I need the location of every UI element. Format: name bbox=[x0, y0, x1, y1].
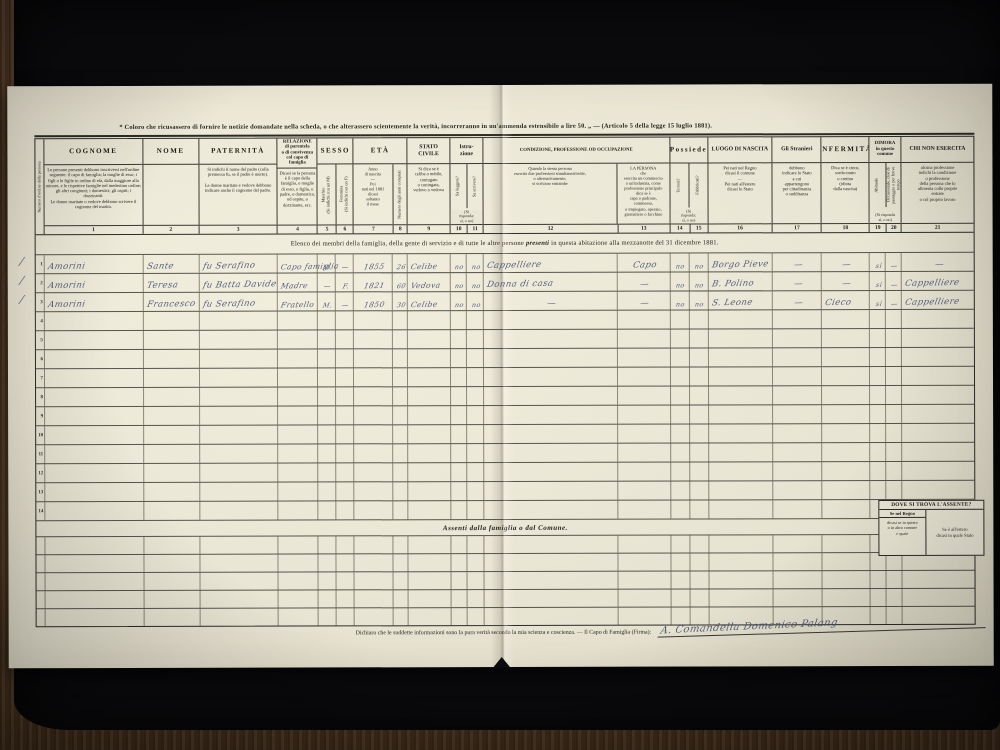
cell-dimora-abituale: sì bbox=[869, 291, 885, 309]
cell-nome bbox=[143, 350, 199, 368]
handwritten-entry: sì bbox=[874, 281, 882, 290]
cell-condizione bbox=[484, 572, 618, 589]
cell-infermita bbox=[821, 424, 869, 442]
header-title-eta: ETÀ bbox=[354, 138, 407, 164]
handwritten-entry: 1855 bbox=[363, 262, 386, 272]
cell-condizione bbox=[483, 330, 617, 348]
cell-nome bbox=[143, 591, 199, 608]
cell-infermita bbox=[821, 310, 869, 328]
handwritten-entry: — bbox=[341, 302, 350, 311]
cell-sesso-f: — bbox=[335, 292, 353, 310]
cell-stato-civile bbox=[407, 368, 450, 386]
cell-infermita bbox=[822, 535, 870, 552]
cell-condizione bbox=[484, 554, 618, 571]
cell-anni-compiuti bbox=[392, 311, 407, 329]
cell-paternita: fu Batta Davide bbox=[198, 274, 277, 292]
cell-nome bbox=[143, 369, 199, 387]
handwritten-entry: fu Serafino bbox=[199, 299, 255, 311]
cell-infermita: — bbox=[821, 253, 869, 271]
handwritten-entry: — bbox=[890, 300, 899, 309]
cell-stato-civile bbox=[408, 590, 451, 607]
cell-chi-non-esercita bbox=[901, 310, 974, 328]
cell-persona-esercizio bbox=[617, 590, 670, 607]
cell-persona-esercizio bbox=[617, 406, 670, 424]
handwritten-entry: no bbox=[694, 263, 705, 272]
cell-stato-estero bbox=[772, 310, 821, 328]
row-index-label: Numero d'ordine della persona bbox=[37, 161, 42, 213]
cell-anno-nascita bbox=[353, 368, 392, 386]
cell-stato-estero bbox=[773, 553, 822, 570]
header-col-rownum: Numero d'ordine della persona bbox=[35, 139, 43, 234]
cell-sesso-f bbox=[335, 349, 353, 367]
cell-anno-nascita bbox=[353, 406, 392, 424]
cell-infermita: Cieco bbox=[821, 291, 869, 309]
cell-sa-scrivere bbox=[466, 501, 483, 519]
row-number-cell bbox=[36, 555, 44, 572]
cell-stato-civile bbox=[407, 406, 450, 424]
cell-stato-estero bbox=[772, 386, 821, 404]
cell-luogo-nascita bbox=[707, 310, 772, 328]
cell-stato-estero bbox=[772, 348, 821, 366]
header-desc-infermita: Dica se è cieco, sordo-muto o cretino (i… bbox=[822, 163, 869, 223]
cell-stato-estero bbox=[773, 443, 822, 461]
cell-condizione bbox=[484, 590, 618, 607]
cell-luogo-nascita bbox=[708, 386, 773, 404]
photographed-census-sheet: * Coloro che ricusassero di fornire le n… bbox=[0, 0, 1000, 750]
census-table: Numero d'ordine della personaCOGNOMELe p… bbox=[34, 136, 975, 627]
header-nums-possiede: 1415 bbox=[670, 223, 707, 232]
cell-terreni bbox=[670, 444, 689, 462]
header-desc-paternita: Si indichi il nome del padre (colla prem… bbox=[199, 165, 277, 225]
row-number-cell: 5 bbox=[36, 331, 44, 349]
cell-sesso-m bbox=[318, 590, 336, 607]
cell-anno-nascita bbox=[354, 572, 393, 589]
cell-infermita bbox=[822, 462, 870, 480]
handwritten-entry: no bbox=[675, 282, 686, 291]
cell-luogo-nascita bbox=[708, 462, 773, 480]
cell-luogo-nascita: Borgo Pieve bbox=[707, 253, 772, 271]
cell-luogo-nascita bbox=[708, 571, 773, 588]
cell-sesso-m bbox=[318, 463, 336, 481]
cell-paternita bbox=[199, 483, 278, 501]
cell-chi-non-esercita bbox=[901, 329, 974, 347]
present-persons-rows: 1AmoriniSantefu SerafinoCapo famigliaM.—… bbox=[36, 252, 975, 520]
cell-anno-nascita: 1850 bbox=[353, 292, 392, 310]
handwritten-entry: Amorini bbox=[45, 281, 86, 292]
cell-sa-scrivere bbox=[466, 368, 483, 386]
header-nums-cognome: 1 bbox=[45, 225, 143, 234]
cell-sesso-m bbox=[318, 444, 336, 462]
cell-sa-leggere bbox=[450, 349, 466, 367]
cell-dimora-occasionale bbox=[885, 367, 901, 385]
cell-relazione bbox=[278, 554, 318, 571]
cell-terreni bbox=[670, 463, 689, 481]
cell-luogo-nascita: S. Leone bbox=[707, 291, 772, 309]
cell-infermita bbox=[822, 589, 870, 606]
row-number-cell: 2 bbox=[36, 274, 44, 292]
cell-nome bbox=[143, 407, 199, 425]
cell-anno-nascita bbox=[354, 482, 393, 500]
cell-paternita bbox=[199, 388, 278, 406]
cell-sa-leggere bbox=[450, 330, 466, 348]
handwritten-entry: — bbox=[639, 280, 650, 291]
cell-fabbricati bbox=[689, 607, 708, 624]
cell-anni-compiuti bbox=[392, 330, 407, 348]
header-nums-eta: 78 bbox=[354, 224, 407, 233]
header-nums-condizione: 1213 bbox=[484, 224, 670, 233]
cell-stato-estero bbox=[773, 589, 822, 606]
cell-nome bbox=[143, 537, 199, 554]
cell-persona-esercizio bbox=[617, 501, 670, 519]
header-title-stato: STATO CIVILE bbox=[408, 138, 450, 164]
header-nums-relazione: 4 bbox=[278, 224, 317, 233]
cell-sesso-f bbox=[335, 406, 353, 424]
cell-chi-non-esercita bbox=[902, 589, 975, 606]
absent-box-abroad-cell: Se è all'estero dicasi in quale Stato bbox=[926, 510, 983, 555]
cell-relazione bbox=[277, 311, 317, 329]
cell-chi-non-esercita bbox=[901, 481, 974, 499]
cell-paternita bbox=[199, 369, 278, 387]
cell-dimora-abituale: sì bbox=[869, 272, 885, 290]
header-col-stranieri: Gli Stranieridebbono indicare lo Stato a… bbox=[772, 137, 821, 232]
cell-sa-leggere bbox=[451, 608, 467, 625]
cell-sa-leggere bbox=[450, 406, 466, 424]
cell-anno-nascita bbox=[354, 554, 393, 571]
handwritten-entry: no bbox=[470, 282, 481, 291]
handwritten-entry: Cieco bbox=[822, 298, 852, 309]
cell-condizione bbox=[484, 608, 618, 625]
handwritten-entry: 26 bbox=[395, 264, 406, 273]
cell-infermita bbox=[821, 386, 869, 404]
cell-stato-estero: — bbox=[772, 253, 821, 271]
cell-terreni bbox=[670, 406, 689, 424]
cell-condizione bbox=[483, 444, 617, 462]
cell-persona-esercizio bbox=[617, 349, 670, 367]
absent-box-kingdom-cell: Se nel Regno dicasi se in questo o in al… bbox=[879, 510, 926, 555]
cell-sesso-f bbox=[335, 387, 353, 405]
cell-luogo-nascita bbox=[707, 329, 772, 347]
handwritten-entry: no bbox=[470, 301, 481, 310]
header-nums-paternita: 3 bbox=[199, 225, 277, 234]
cell-sesso-m bbox=[317, 368, 335, 386]
handwritten-entry: Donna di casa bbox=[484, 279, 554, 291]
cell-stato-civile bbox=[408, 608, 451, 625]
table-row: 8 bbox=[36, 385, 974, 406]
subtitle-post: in questa abitazione alla mezzanotte del… bbox=[551, 239, 718, 246]
cell-stato-civile: Celibe bbox=[407, 254, 450, 272]
cell-condizione bbox=[483, 482, 617, 500]
cell-sesso-f bbox=[335, 311, 353, 329]
where-is-absent-box: DOVE SI TROVA L'ASSENTE? Se nel Regno di… bbox=[878, 500, 984, 556]
handwritten-entry: M. bbox=[322, 264, 333, 273]
cell-persona-esercizio bbox=[617, 608, 670, 625]
cell-sesso-f bbox=[335, 330, 353, 348]
handwritten-entry: no bbox=[454, 301, 465, 310]
cell-dimora-occasionale bbox=[886, 589, 902, 606]
cell-sesso-m bbox=[318, 536, 336, 553]
header-desc-condizione: Quando la stessa persona esercita due pr… bbox=[483, 164, 669, 224]
cell-nome bbox=[143, 312, 199, 330]
cell-dimora-abituale: sì bbox=[869, 253, 885, 271]
cell-stato-civile bbox=[408, 572, 451, 589]
cell-chi-non-esercita: Cappelliere bbox=[901, 291, 974, 309]
cell-anni-compiuti bbox=[393, 501, 408, 519]
handwritten-entry: — bbox=[890, 281, 899, 290]
cell-persona-esercizio bbox=[617, 330, 670, 348]
cell-cognome bbox=[44, 555, 143, 572]
header-desc-chinon: alcuna professione indichi la condizione… bbox=[902, 163, 974, 223]
cell-dimora-occasionale bbox=[886, 571, 902, 588]
cell-persona-esercizio bbox=[617, 554, 670, 571]
cell-stato-civile bbox=[407, 425, 450, 443]
cell-sa-leggere bbox=[450, 444, 466, 462]
cell-cognome: Amorini bbox=[44, 255, 143, 273]
cell-nome bbox=[143, 331, 199, 349]
cell-dimora-occasionale bbox=[885, 310, 901, 328]
row-number-cell: 13 bbox=[36, 483, 44, 501]
subtitle-presenti: presenti bbox=[526, 240, 549, 247]
cell-sa-scrivere bbox=[466, 463, 483, 481]
cell-stato-estero bbox=[772, 367, 821, 385]
cell-anno-nascita bbox=[354, 463, 393, 481]
cell-anni-compiuti bbox=[392, 444, 407, 462]
header-desc-eta: Anno di nascita — Pei nati nel 1881 dica… bbox=[354, 164, 407, 224]
cell-condizione bbox=[483, 536, 617, 553]
handwritten-entry: Celibe bbox=[408, 262, 439, 272]
cell-sesso-m bbox=[317, 311, 335, 329]
legal-note: * Coloro che ricusassero di fornire le n… bbox=[119, 122, 879, 131]
cell-paternita bbox=[199, 537, 278, 554]
cell-stato-civile bbox=[408, 501, 451, 519]
cell-sesso-f bbox=[336, 554, 354, 571]
cell-sesso-m bbox=[317, 387, 335, 405]
cell-sa-leggere bbox=[450, 387, 466, 405]
cell-sesso-f bbox=[336, 608, 354, 625]
cell-persona-esercizio bbox=[617, 425, 670, 443]
cell-chi-non-esercita: — bbox=[901, 253, 974, 271]
header-title-possiede: Possiede bbox=[670, 137, 707, 163]
declaration-line: Dichiaro che le suddette informazioni so… bbox=[356, 625, 986, 639]
cell-anno-nascita: 1821 bbox=[353, 273, 392, 291]
cell-stato-civile bbox=[407, 387, 450, 405]
cell-cognome bbox=[44, 483, 143, 501]
cell-condizione: — bbox=[483, 292, 617, 310]
cell-relazione bbox=[278, 501, 318, 519]
header-title-condizione: CONDIZIONE, PROFESSIONE OD OCCUPAZIONE bbox=[483, 138, 669, 164]
cell-fabbricati: no bbox=[688, 253, 707, 271]
cell-infermita bbox=[821, 405, 869, 423]
cell-dimora-abituale bbox=[869, 329, 885, 347]
cell-nome bbox=[143, 573, 199, 590]
cell-stato-civile bbox=[407, 330, 450, 348]
cell-persona-esercizio bbox=[617, 368, 670, 386]
cell-sa-scrivere bbox=[467, 590, 484, 607]
cell-paternita bbox=[199, 426, 278, 444]
cell-sa-scrivere bbox=[466, 311, 483, 329]
cell-cognome bbox=[44, 369, 143, 387]
cell-fabbricati bbox=[689, 535, 708, 552]
cell-stato-estero bbox=[773, 424, 822, 442]
cell-sa-scrivere bbox=[466, 482, 483, 500]
handwritten-entry: — bbox=[546, 299, 557, 310]
handwritten-entry: — bbox=[341, 264, 350, 273]
cell-anno-nascita bbox=[354, 444, 393, 462]
cell-relazione bbox=[278, 406, 318, 424]
header-desc-relazione: Dicasi se la persona è il capo della fam… bbox=[278, 168, 317, 224]
cell-sa-scrivere: no bbox=[466, 254, 483, 272]
cell-luogo-nascita bbox=[708, 367, 773, 385]
handwritten-entry: sì bbox=[874, 300, 882, 309]
cell-persona-esercizio bbox=[617, 387, 670, 405]
cell-sesso-f bbox=[336, 536, 354, 553]
cell-luogo-nascita bbox=[708, 500, 773, 518]
handwritten-entry: Amorini bbox=[45, 262, 86, 273]
cell-nome bbox=[143, 483, 199, 501]
cell-persona-esercizio bbox=[617, 444, 670, 462]
row-number-cell: 8 bbox=[36, 388, 44, 406]
cell-stato-civile bbox=[407, 482, 450, 500]
cell-sa-leggere bbox=[450, 311, 466, 329]
handwritten-entry: Amorini bbox=[45, 300, 86, 311]
handwritten-entry: — bbox=[793, 280, 804, 291]
cell-anni-compiuti: 30 bbox=[392, 292, 407, 310]
cell-anni-compiuti: 26 bbox=[392, 254, 407, 272]
table-row: 1AmoriniSantefu SerafinoCapo famigliaM.—… bbox=[36, 252, 974, 273]
cell-sesso-f bbox=[335, 368, 353, 386]
cell-condizione bbox=[483, 501, 617, 519]
header-title-dimora: DIMORA in questo comune bbox=[870, 137, 901, 163]
cell-stato-civile bbox=[407, 463, 450, 481]
cell-relazione bbox=[277, 387, 317, 405]
subtitle-pre: Elenco dei membri della famiglia, della … bbox=[291, 240, 524, 248]
cell-sa-scrivere bbox=[466, 444, 483, 462]
cell-sa-leggere bbox=[450, 482, 466, 500]
cell-relazione bbox=[277, 349, 317, 367]
cell-sesso-f bbox=[335, 425, 353, 443]
handwritten-entry: no bbox=[675, 301, 686, 310]
cell-dimora-occasionale bbox=[885, 481, 901, 499]
cell-nome bbox=[143, 464, 199, 482]
cell-anni-compiuti: 60 bbox=[392, 273, 407, 291]
cell-fabbricati bbox=[689, 553, 708, 570]
cell-relazione bbox=[278, 425, 318, 443]
cell-anni-compiuti bbox=[392, 406, 407, 424]
row-number-cell: 7 bbox=[36, 369, 44, 387]
cell-cognome bbox=[44, 426, 143, 444]
cell-stato-civile bbox=[407, 349, 450, 367]
cell-condizione: Cappelliere bbox=[483, 254, 617, 272]
cell-terreni bbox=[670, 330, 689, 348]
table-row: 3AmoriniFrancescofu SerafinoFratelloM.—1… bbox=[36, 290, 974, 311]
row-number-cell: 14 bbox=[36, 502, 44, 520]
handwritten-entry: no bbox=[454, 263, 465, 272]
cell-anni-compiuti bbox=[393, 572, 408, 589]
cell-fabbricati bbox=[689, 443, 708, 461]
cell-fabbricati bbox=[689, 424, 708, 442]
cell-dimora-occasionale: — bbox=[885, 272, 901, 290]
handwritten-entry: sì bbox=[874, 262, 882, 271]
cell-chi-non-esercita bbox=[901, 386, 974, 404]
cell-sa-leggere bbox=[450, 425, 466, 443]
cell-sa-leggere bbox=[450, 368, 466, 386]
cell-persona-esercizio: — bbox=[616, 273, 669, 291]
cell-luogo-nascita bbox=[708, 535, 773, 552]
cell-persona-esercizio bbox=[617, 572, 670, 589]
header-nums-infermita: 18 bbox=[822, 223, 869, 232]
absent-persons-rows bbox=[36, 534, 974, 626]
cell-luogo-nascita bbox=[708, 443, 773, 461]
cell-fabbricati bbox=[689, 348, 708, 366]
cell-luogo-nascita bbox=[707, 348, 772, 366]
handwritten-entry: Capo bbox=[632, 261, 658, 272]
cell-stato-estero bbox=[773, 481, 822, 499]
handwritten-entry: no bbox=[694, 282, 705, 291]
cell-nome: Sante bbox=[142, 255, 198, 273]
cell-persona-esercizio bbox=[617, 311, 670, 329]
table-row: 5 bbox=[36, 328, 974, 349]
cell-relazione bbox=[278, 444, 318, 462]
handwritten-entry: — bbox=[639, 299, 650, 310]
cell-nome: Francesco bbox=[143, 293, 199, 311]
cell-stato-estero bbox=[773, 535, 822, 552]
cell-sa-scrivere bbox=[467, 608, 484, 625]
cell-dimora-abituale bbox=[869, 462, 885, 480]
handwritten-entry: — bbox=[841, 260, 852, 271]
row-number-cell bbox=[36, 537, 44, 554]
header-col-dimora: DIMORA in questo comuneAbitualeOccasiona… bbox=[869, 137, 901, 232]
cell-dimora-abituale bbox=[869, 348, 885, 366]
cell-terreni bbox=[669, 311, 688, 329]
cell-stato-estero bbox=[773, 500, 822, 518]
table-row: 6 bbox=[36, 347, 974, 368]
cell-terreni: no bbox=[669, 292, 688, 310]
cell-stato-civile: Celibe bbox=[407, 292, 450, 310]
header-nums-chinon: 21 bbox=[902, 223, 974, 232]
header-nums-stato: 9 bbox=[408, 224, 450, 233]
cell-anno-nascita bbox=[354, 608, 393, 625]
cell-sa-scrivere bbox=[467, 554, 484, 571]
header-nums-sesso: 56 bbox=[318, 224, 353, 233]
cell-sa-scrivere bbox=[466, 349, 483, 367]
bottom-fold-notch bbox=[493, 657, 511, 668]
table-row: 11 bbox=[36, 442, 974, 463]
cell-relazione: Fratello bbox=[277, 292, 317, 310]
cell-relazione bbox=[278, 608, 318, 625]
cell-persona-esercizio: Capo bbox=[617, 254, 670, 272]
cell-dimora-abituale bbox=[869, 424, 885, 442]
cell-sesso-m bbox=[317, 406, 335, 424]
header-col-condizione: CONDIZIONE, PROFESSIONE OD OCCUPAZIONEQu… bbox=[482, 138, 669, 233]
cell-luogo-nascita bbox=[708, 589, 773, 606]
handwritten-entry: M. bbox=[322, 302, 333, 311]
cell-relazione bbox=[278, 463, 318, 481]
cell-anni-compiuti bbox=[392, 368, 407, 386]
header-desc-luogo: Pei nati nel Regno dicasi il comune — Pe… bbox=[708, 163, 772, 223]
cell-persona-esercizio bbox=[617, 536, 670, 553]
handwritten-entry: Borgo Pieve bbox=[708, 260, 769, 272]
cell-sesso-f bbox=[336, 501, 354, 519]
table-row bbox=[37, 588, 975, 608]
cell-luogo-nascita bbox=[708, 481, 773, 499]
header-col-sesso: SESSOMaschio (Si indichi con un M)Femmin… bbox=[317, 138, 353, 233]
cell-dimora-abituale bbox=[869, 443, 885, 461]
cell-anno-nascita bbox=[353, 387, 392, 405]
cell-sesso-f bbox=[336, 482, 354, 500]
handwritten-entry: Madre bbox=[278, 281, 309, 291]
cell-dimora-occasionale bbox=[885, 329, 901, 347]
header-col-chinon: CHI NON ESERCITAalcuna professione indic… bbox=[901, 137, 974, 232]
table-row: 12 bbox=[36, 461, 974, 482]
